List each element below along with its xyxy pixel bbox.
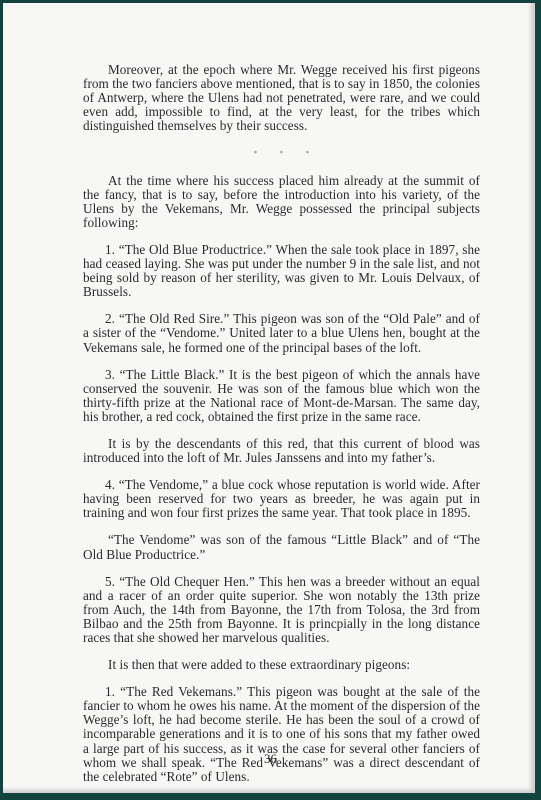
separator-asterisk: * xyxy=(306,147,310,161)
item-old-red-sire: 2. “The Old Red Sire.” This pigeon was s… xyxy=(83,312,480,354)
section-separator: * * * xyxy=(83,147,480,161)
item-red-vekemans: 1. “The Red Vekemans.” This pigeon was b… xyxy=(83,685,480,784)
item-little-black: 3. “The Little Black.” It is the best pi… xyxy=(83,368,480,424)
paragraph-intro: Moreover, at the epoch where Mr. Wegge r… xyxy=(83,63,480,133)
scan-frame: Moreover, at the epoch where Mr. Wegge r… xyxy=(0,0,541,800)
book-page: Moreover, at the epoch where Mr. Wegge r… xyxy=(3,3,535,793)
separator-asterisk: * xyxy=(280,147,284,161)
item-old-chequer-hen: 5. “The Old Chequer Hen.” This hen was a… xyxy=(83,575,480,645)
paragraph-principal-subjects: At the time where his success placed him… xyxy=(83,174,480,230)
paragraph-descendants: It is by the descendants of this red, th… xyxy=(83,437,480,465)
separator-asterisk: * xyxy=(254,147,258,161)
page-body: Moreover, at the epoch where Mr. Wegge r… xyxy=(83,63,480,797)
paragraph-added-pigeons: It is then that were added to these extr… xyxy=(83,658,480,672)
item-old-blue-productrice: 1. “The Old Blue Productrice.” When the … xyxy=(83,243,480,299)
page-number: 36 xyxy=(0,751,541,767)
paragraph-vendome-parentage: “The Vendome” was son of the famous “Lit… xyxy=(83,533,480,561)
item-vendome: 4. “The Vendome,” a blue cock whose repu… xyxy=(83,478,480,520)
